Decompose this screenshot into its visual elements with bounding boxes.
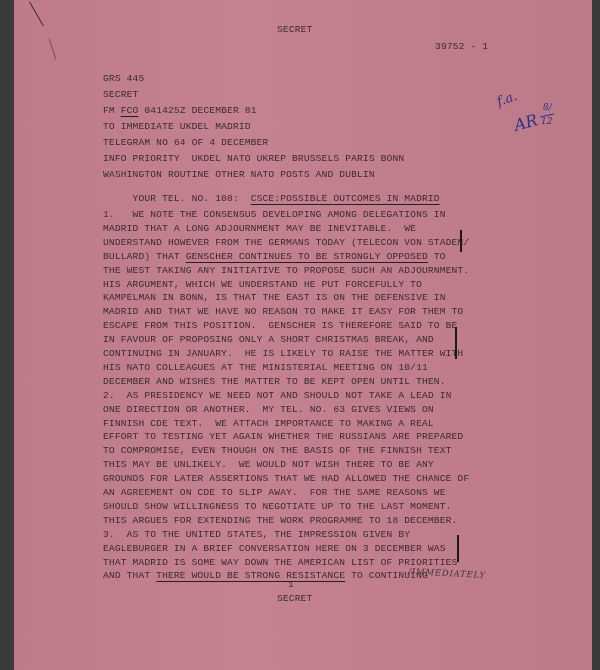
body-line: 2. AS PRESIDENCY WE NEED NOT AND SHOULD … xyxy=(103,391,452,401)
body-line: TO COMPROMISE, EVEN THOUGH ON THE BASIS … xyxy=(103,446,452,456)
from-org: FCO xyxy=(121,105,139,116)
body-line: GROUNDS FOR LATER ASSERTIONS THAT WE HAD… xyxy=(103,474,469,484)
margin-mark xyxy=(460,230,462,252)
body-line: BULLARD) THAT GENSCHER CONTINUES TO BE S… xyxy=(103,252,446,262)
info-line-1: INFO PRIORITY UKDEL NATO UKREP BRUSSELS … xyxy=(103,154,404,164)
handwritten-signature: AR xyxy=(512,110,540,134)
body-line: 1. WE NOTE THE CONSENSUS DEVELOPING AMON… xyxy=(103,210,446,220)
classification-bottom: SECRET xyxy=(277,594,312,604)
body-line: KAMPELMAN IN BONN, IS THAT THE EAST IS O… xyxy=(103,293,446,303)
body-line: THIS ARGUES FOR EXTENDING THE WORK PROGR… xyxy=(103,516,457,526)
to-line: TO IMMEDIATE UKDEL MADRID xyxy=(103,122,251,132)
body-line: ONE DIRECTION OR ANOTHER. MY TEL. NO. 63… xyxy=(103,405,434,415)
body-line: FINNISH CDE TEXT. WE ATTACH IMPORTANCE T… xyxy=(103,419,434,429)
body-line: HIS NATO COLLEAGUES AT THE MINISTERIAL M… xyxy=(103,363,428,373)
paper-crease-mark xyxy=(49,38,57,59)
info-line-2: WASHINGTON ROUTINE OTHER NATO POSTS AND … xyxy=(103,170,375,180)
body-line: EAGLEBURGER IN A BRIEF CONVERSATION HERE… xyxy=(103,544,446,554)
body-line: AN AGREEMENT ON CDE TO SLIP AWAY. FOR TH… xyxy=(103,488,446,498)
body-line: THE WEST TAKING ANY INITIATIVE TO PROPOS… xyxy=(103,266,469,276)
body-line: EFFORT TO TESTING YET AGAIN WHETHER THE … xyxy=(103,432,463,442)
body-line: MADRID THAT A LONG ADJOURNMENT MAY BE IN… xyxy=(103,224,416,234)
paper-crease-mark xyxy=(29,2,44,27)
subject-line: YOUR TEL. NO. 108: CSCE:POSSIBLE OUTCOME… xyxy=(103,194,440,204)
classification-top: SECRET xyxy=(277,25,312,35)
subject-title: CSCE:POSSIBLE OUTCOMES IN MADRID xyxy=(251,193,440,204)
body-line: AND THAT THERE WOULD BE STRONG RESISTANC… xyxy=(103,571,428,581)
body-line: ESCAPE FROM THIS POSITION. GENSCHER IS T… xyxy=(103,321,457,331)
grs-line: GRS 445 xyxy=(103,74,144,84)
body-line: HIS ARGUMENT, WHICH WE UNDERSTAND HE PUT… xyxy=(103,280,422,290)
document-reference: 39752 - 1 xyxy=(435,42,488,52)
body-line: IN FAVOUR OF PROPOSING ONLY A SHORT CHRI… xyxy=(103,335,434,345)
margin-mark xyxy=(455,327,457,359)
body-line: THIS MAY BE UNLIKELY. WE WOULD NOT WISH … xyxy=(103,460,434,470)
body-line: THAT MADRID IS SOME WAY DOWN THE AMERICA… xyxy=(103,558,457,568)
header-classification: SECRET xyxy=(103,90,138,100)
body-line: DECEMBER AND WISHES THE MATTER TO BE KEP… xyxy=(103,377,446,387)
body-line: 3. AS TO THE UNITED STATES, THE IMPRESSI… xyxy=(103,530,410,540)
telegram-page: SECRET 39752 - 1 GRS 445 SECRET FM FCO 0… xyxy=(14,0,592,670)
underlined-phrase: GENSCHER CONTINUES TO BE STRONGLY OPPOSE… xyxy=(186,251,428,262)
from-line: FM FCO 041425Z DECEMBER 81 xyxy=(103,106,257,116)
handwritten-initials: f.a. xyxy=(495,89,519,110)
handwritten-date-month: 12 xyxy=(541,117,552,127)
body-line: CONTINUING IN JANUARY. HE IS LIKELY TO R… xyxy=(103,349,463,359)
telegram-number: TELEGRAM NO 64 OF 4 DECEMBER xyxy=(103,138,268,148)
margin-mark xyxy=(457,535,459,562)
handwritten-date-day: 8/ xyxy=(543,103,552,113)
page-number: 1 xyxy=(288,580,294,590)
underlined-phrase: THERE WOULD BE STRONG RESISTANCE xyxy=(156,570,345,581)
body-line: MADRID AND THAT WE HAVE NO REASON TO MAK… xyxy=(103,307,463,317)
body-line: SHOULD SHOW WILLINGNESS TO NEGOTIATE UP … xyxy=(103,502,452,512)
body-line: UNDERSTAND HOWEVER FROM THE GERMANS TODA… xyxy=(103,238,469,248)
